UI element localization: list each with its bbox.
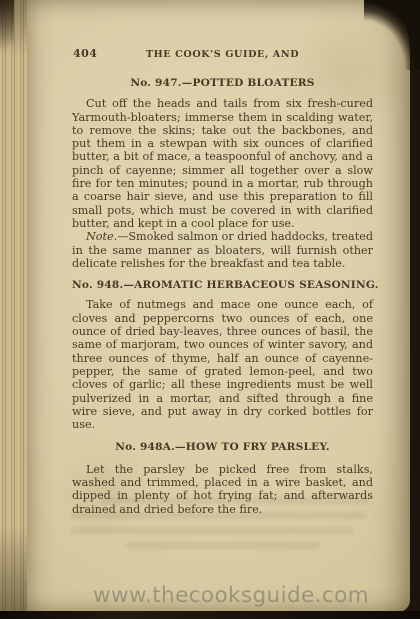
ghost-text-line	[126, 542, 321, 549]
page-header: 404 THE COOK'S GUIDE, AND	[72, 47, 373, 60]
photo-dark-corner-top-right	[364, 0, 420, 70]
note-label: Note.	[86, 230, 117, 243]
book-photo: 404 THE COOK'S GUIDE, AND No. 947.—POTTE…	[0, 0, 420, 619]
recipe-heading-948: No. 948.—AROMATIC HERBACEOUS SEASONING.	[72, 279, 373, 292]
show-through-ghost-text	[71, 497, 375, 557]
recipe-heading-947: No. 947.—POTTED BLOATERS	[72, 77, 373, 90]
ghost-text-line	[71, 527, 354, 534]
recipe-heading-948a: No. 948A.—HOW TO FRY PARSLEY.	[72, 441, 373, 454]
note-text: —Smoked salmon or dried haddocks, treate…	[72, 230, 373, 270]
recipe-947-body: Cut off the heads and tails from six fre…	[72, 97, 373, 230]
recipe-947-note: Note.—Smoked salmon or dried haddocks, t…	[72, 230, 373, 270]
ghost-text-line	[71, 512, 366, 519]
ghost-text-line	[101, 497, 369, 504]
book-page: 404 THE COOK'S GUIDE, AND No. 947.—POTTE…	[27, 0, 410, 612]
photo-dark-bottom-edge	[0, 611, 420, 619]
photo-dark-corner-top-left	[0, 0, 14, 64]
watermark: www.thecooksguide.com	[42, 583, 420, 608]
running-header: THE COOK'S GUIDE, AND	[72, 48, 373, 61]
recipe-948-body: Take of nutmegs and mace one ounce each,…	[72, 298, 373, 431]
printed-text-block: 404 THE COOK'S GUIDE, AND No. 947.—POTTE…	[72, 0, 373, 516]
